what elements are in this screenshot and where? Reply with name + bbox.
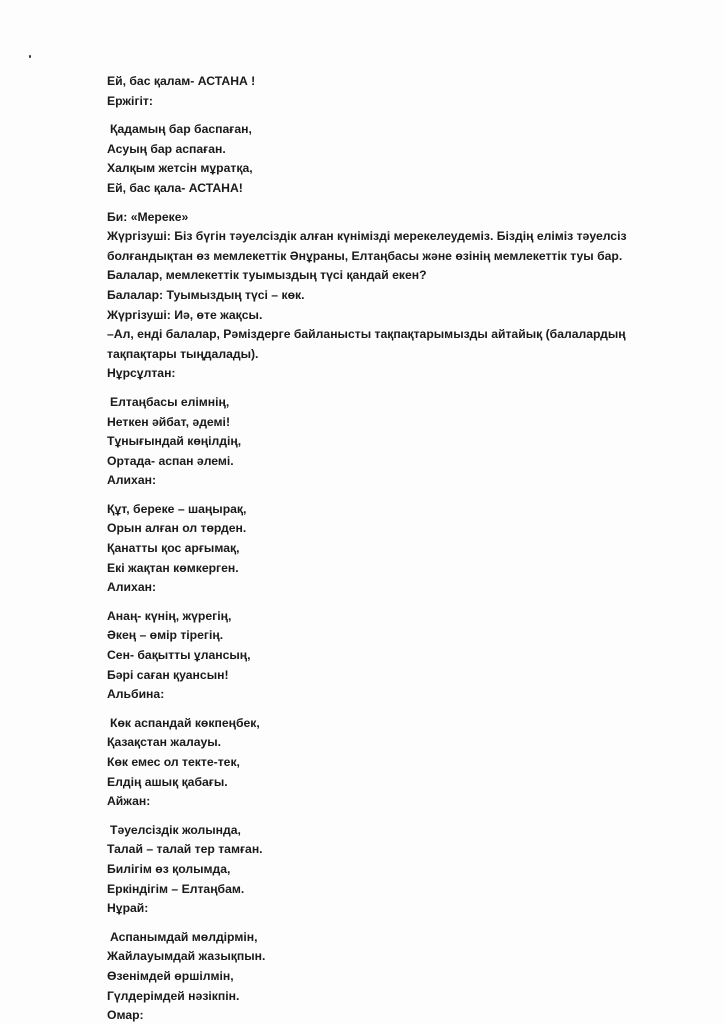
text-line: Өзенімдей өршілмін, <box>107 967 667 987</box>
text-paragraph: Жүргізуші: Біз бүгін тәуелсіздік алған к… <box>107 227 659 286</box>
text-line: Қазақстан жалауы. <box>107 733 667 753</box>
text-line: Нұрсұлтан: <box>107 364 667 384</box>
text-line: Тұнығындай көңілдің, <box>107 432 667 452</box>
text-line: Елдің ашық қабағы. <box>107 773 667 793</box>
stanza-gap <box>107 812 667 821</box>
stanza-gap <box>107 705 667 714</box>
scan-speck <box>29 55 31 58</box>
text-line: Алихан: <box>107 578 667 598</box>
text-line: Әкең – өмір тірегің. <box>107 626 667 646</box>
text-line: Айжан: <box>107 792 667 812</box>
text-line: Гүлдерімдей нәзікпін. <box>107 987 667 1007</box>
text-line: Омар: <box>107 1006 667 1024</box>
text-line: Елтаңбасы елімнің, <box>107 393 667 413</box>
stanza-gap <box>107 199 667 208</box>
text-line: Нұрай: <box>107 899 667 919</box>
text-line: Балалар: Туымыздың түсі – көк. <box>107 286 667 306</box>
text-line: Ей, бас қала- АСТАНА! <box>107 179 667 199</box>
text-line: Сен- бақытты ұлансың, <box>107 646 667 666</box>
text-line: Көк емес ол текте-тек, <box>107 753 667 773</box>
text-paragraph: –Ал, енді балалар, Рәміздерге байланысты… <box>107 325 659 364</box>
text-line: Ержігіт: <box>107 92 667 112</box>
text-line: Орын алған ол төрден. <box>107 519 667 539</box>
text-line: Алихан: <box>107 471 667 491</box>
text-line: Бәрі саған қуансын! <box>107 666 667 686</box>
stanza-gap <box>107 919 667 928</box>
text-line: Талай – талай тер тамған. <box>107 840 667 860</box>
text-line: Тәуелсіздік жолында, <box>107 821 667 841</box>
text-line: Билігім өз қолымда, <box>107 860 667 880</box>
text-line: Ей, бас қалам- АСТАНА ! <box>107 72 667 92</box>
text-line: Альбина: <box>107 685 667 705</box>
text-line: Жайлауымдай жазықпын. <box>107 947 667 967</box>
text-line: Аспанымдай мөлдірмін, <box>107 928 667 948</box>
text-line: Құт, береке – шаңырақ, <box>107 500 667 520</box>
stanza-gap <box>107 598 667 607</box>
text-line: Неткен әйбат, әдемі! <box>107 413 667 433</box>
text-line: Қанатты қос арғымақ, <box>107 539 667 559</box>
text-line: Қадамың бар баспаған, <box>107 120 667 140</box>
text-line: Ортада- аспан әлемі. <box>107 452 667 472</box>
text-line: Жүргізуші: Иә, өте жақсы. <box>107 306 667 326</box>
document-page: Ей, бас қалам- АСТАНА !Ержігіт:Қадамың б… <box>107 72 667 1024</box>
text-line: Анаң- күнің, жүрегің, <box>107 607 667 627</box>
text-line: Еркіндігім – Елтаңбам. <box>107 880 667 900</box>
text-line: Би: «Мереке» <box>107 208 667 228</box>
stanza-gap <box>107 491 667 500</box>
text-line: Халқым жетсін мұратқа, <box>107 159 667 179</box>
text-line: Көк аспандай көкпеңбек, <box>107 714 667 734</box>
text-line: Екі жақтан көмкерген. <box>107 559 667 579</box>
stanza-gap <box>107 111 667 120</box>
stanza-gap <box>107 384 667 393</box>
text-line: Асуың бар аспаған. <box>107 140 667 160</box>
